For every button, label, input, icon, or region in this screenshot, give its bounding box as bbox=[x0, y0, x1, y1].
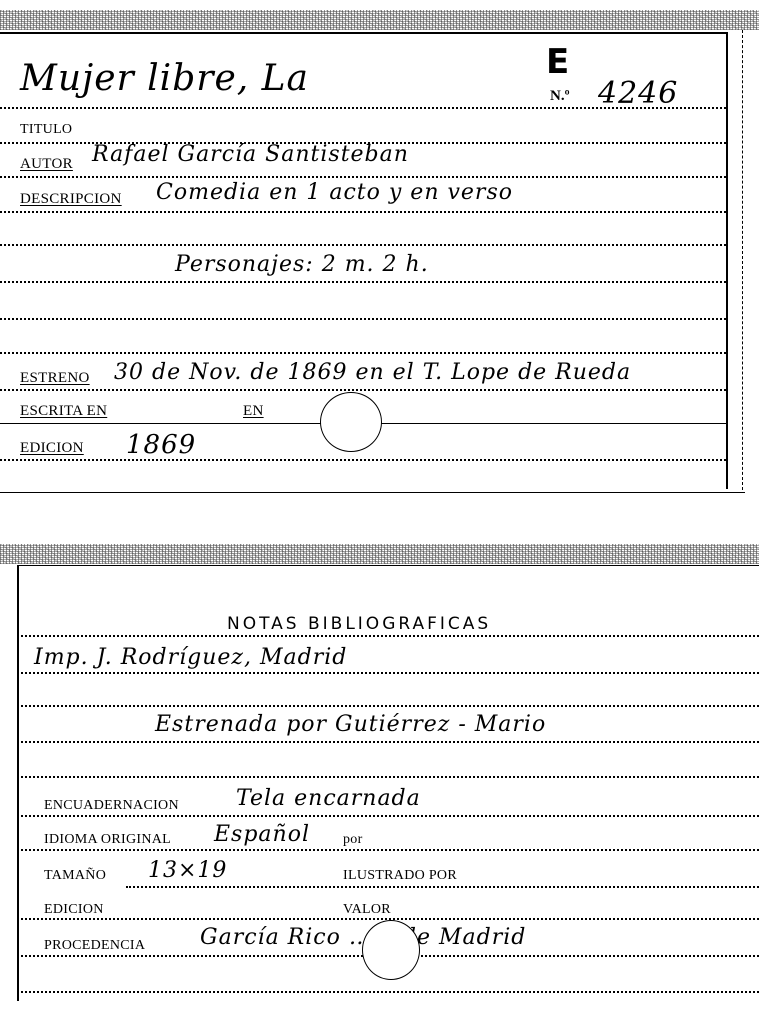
card-back-top bbox=[17, 565, 759, 566]
procedencia-label: PROCEDENCIA bbox=[44, 938, 145, 954]
card-back-bottom bbox=[17, 991, 759, 993]
rule-note-blank bbox=[17, 705, 759, 707]
ilustrado-label: ILUSTRADO POR bbox=[343, 868, 457, 884]
rule-note-2 bbox=[17, 741, 759, 743]
tamano-value: 13×19 bbox=[148, 858, 227, 883]
rule-tamano bbox=[126, 886, 759, 888]
tamano-label: TAMAÑO bbox=[44, 868, 106, 884]
encuadernacion-value: Tela encarnada bbox=[236, 786, 421, 811]
rule-heading bbox=[17, 635, 759, 637]
rule-note-blank-2 bbox=[17, 776, 759, 778]
rule-encuadernacion bbox=[17, 815, 759, 817]
card-back-left-edge bbox=[17, 566, 19, 1001]
encuadernacion-label: ENCUADERNACION bbox=[44, 798, 179, 814]
punch-hole-back bbox=[362, 920, 420, 980]
edicion-label-back: EDICION bbox=[44, 902, 104, 918]
idioma-value: Español bbox=[214, 822, 310, 847]
rule-note-1 bbox=[17, 672, 759, 674]
valor-label: VALOR bbox=[343, 902, 391, 918]
catalog-card-back: NOTAS BIBLIOGRAFICAS Imp. J. Rodríguez, … bbox=[0, 0, 759, 1028]
por-label: por bbox=[343, 832, 363, 848]
notas-heading: NOTAS BIBLIOGRAFICAS bbox=[227, 614, 491, 634]
idioma-label: IDIOMA ORIGINAL bbox=[44, 832, 171, 848]
note-line-2: Estrenada por Gutiérrez - Mario bbox=[155, 712, 546, 737]
note-line-1: Imp. J. Rodríguez, Madrid bbox=[34, 645, 347, 670]
rule-idioma bbox=[17, 849, 759, 851]
